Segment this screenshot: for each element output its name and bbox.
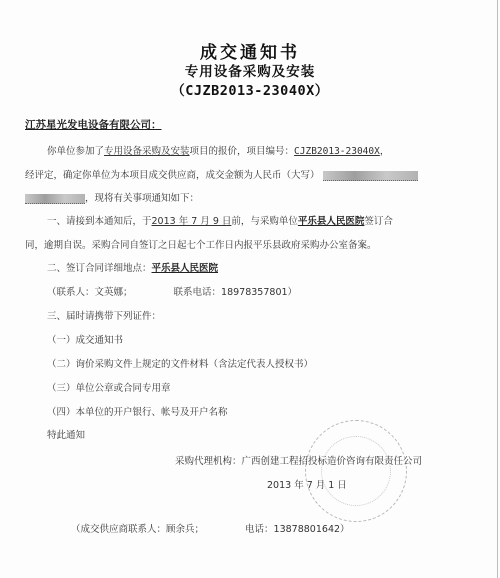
doc-item-3: （三）单位公章或合同专用章 [47,380,171,394]
document-subtitle: 专用设备采购及安装 [0,60,500,80]
redacted-amount-2 [25,194,85,204]
item1-prefix: 一、请接到本通知后，于 [47,216,152,227]
item-2: 二、签订合同详细地点：平乐县人民医院 [47,260,218,274]
project-name: 专用设备采购及安装 [104,146,190,157]
doc-item-4: （四）本单位的开户银行、帐号及开户名称 [47,404,228,418]
item1-suffix: 签订合 [364,216,393,227]
signing-deadline: 2013 年 7 月 9 日 [152,216,232,227]
paragraph-1: 你单位参加了专用设备采购及安装项目的报价，项目编号：CJZB2013-23040… [47,143,389,157]
paragraph-1b: 经评定，确定你单位为本项目成交供应商，成交金额为人民币（大写） [25,167,418,181]
signing-place: 平乐县人民医院 [152,263,219,274]
supplier-contact-person: （成交供应商联系人：顾余兵； [71,524,204,535]
contact-phone: 联系电话：18978357801） [174,287,298,298]
item-1b: 同，逾期自误。采购合同自签订之日起七个工作日内报平乐县政府采购办公室备案。 [25,237,377,251]
supplier-contact-line: （成交供应商联系人：顾余兵； 电话：13878801642） [71,521,350,535]
procurement-agency: 采购代理机构：广西创建工程招投标造价咨询有限责任公司 [175,453,422,467]
item-3: 三、届时请携带下列证件： [47,308,161,322]
seal-inner-ring [321,436,391,506]
purchasing-unit: 平乐县人民医院 [298,216,365,227]
item-1: 一、请接到本通知后，于2013 年 7 月 9 日前，与采购单位平乐县人民医院签… [47,213,393,227]
scanned-document-page: 成交通知书 专用设备采购及安装 （CJZB2013-23040X） 江苏星光发电… [0,0,500,578]
closing-text: 特此通知 [47,427,85,441]
para1-suffix: ， [380,146,390,157]
project-code-heading: （CJZB2013-23040X） [0,79,500,99]
doc-item-2: （二）询价采购文件上规定的文件材料（含法定代表人授权书） [47,356,313,370]
supplier-contact-phone: 电话：13878801642） [245,524,350,535]
project-code: CJZB2013-23040X [294,146,380,157]
signature-date: 2013 年 7 月 1 日 [267,477,347,491]
paragraph-1c: ，现将有关事项通知如下： [25,190,199,204]
redacted-amount-1 [323,171,418,181]
item2-prefix: 二、签订合同详细地点： [47,263,152,274]
doc-item-1: （一）成交通知书 [47,332,123,346]
para1b-text: 经评定，确定你单位为本项目成交供应商，成交金额为人民币（大写） [25,170,320,181]
para1-middle: 项目的报价，项目编号： [190,146,295,157]
contact-line: （联系人：文英娜； 联系电话：18978357801） [47,284,297,298]
item1-middle: 前，与采购单位 [231,216,298,227]
para1c-text: ，现将有关事项通知如下： [85,193,199,204]
contact-person: （联系人：文英娜； [47,287,133,298]
recipient-company: 江苏星光发电设备有限公司： [25,117,162,132]
official-seal-stamp [305,420,407,522]
para1-prefix: 你单位参加了 [47,146,104,157]
